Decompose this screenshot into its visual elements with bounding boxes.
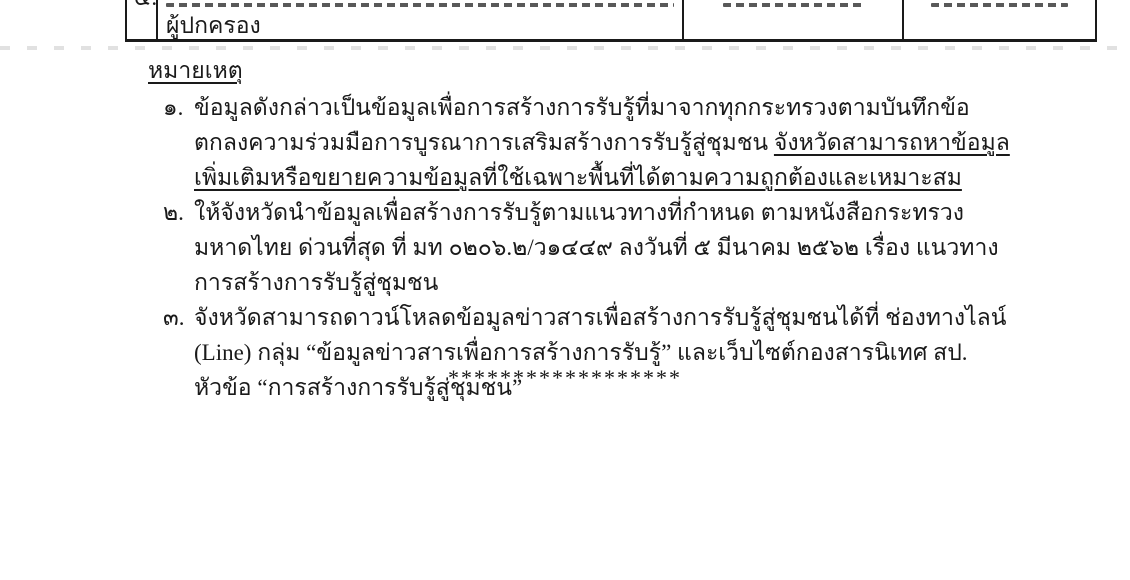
- table-row: ๔. ผู้ปกครอง: [125, 0, 1097, 42]
- asterisk-separator: ******************: [0, 360, 1130, 395]
- clipped-text-remnant: [931, 3, 1069, 7]
- notes-heading: หมายเหตุ: [148, 56, 243, 86]
- note-number: ๒.: [163, 195, 184, 230]
- row-number-clipped: ๔.: [127, 0, 156, 15]
- document-page: ๔. ผู้ปกครอง หมายเหตุ ๑. ข้อมูลดังกล่าวเ…: [0, 0, 1130, 580]
- note-text-normal: ให้จังหวัดนำข้อมูลเพื่อสร้างการรับรู้ตาม…: [194, 200, 999, 295]
- clipped-text-remnant: [723, 3, 863, 7]
- note-item-1: ๑. ข้อมูลดังกล่าวเป็นข้อมูลเพื่อการสร้าง…: [163, 90, 1015, 195]
- table-cell-contact: [904, 0, 1095, 39]
- table-cell-description: ผู้ปกครอง: [158, 0, 684, 39]
- table-cell-agency: [684, 0, 904, 39]
- note-item-2: ๒. ให้จังหวัดนำข้อมูลเพื่อสร้างการรับรู้…: [163, 195, 1015, 300]
- note-number: ๑.: [163, 90, 183, 125]
- scan-artifact: [0, 46, 1130, 50]
- note-text: ให้จังหวัดนำข้อมูลเพื่อสร้างการรับรู้ตาม…: [194, 200, 999, 295]
- note-text: ข้อมูลดังกล่าวเป็นข้อมูลเพื่อการสร้างการ…: [194, 95, 1010, 190]
- table-cell-number: ๔.: [127, 0, 158, 39]
- notes-list: ๑. ข้อมูลดังกล่าวเป็นข้อมูลเพื่อการสร้าง…: [163, 90, 1015, 405]
- clipped-text-remnant: [166, 3, 674, 7]
- table-cell-text: ผู้ปกครอง: [166, 10, 674, 39]
- note-number: ๓.: [163, 300, 184, 335]
